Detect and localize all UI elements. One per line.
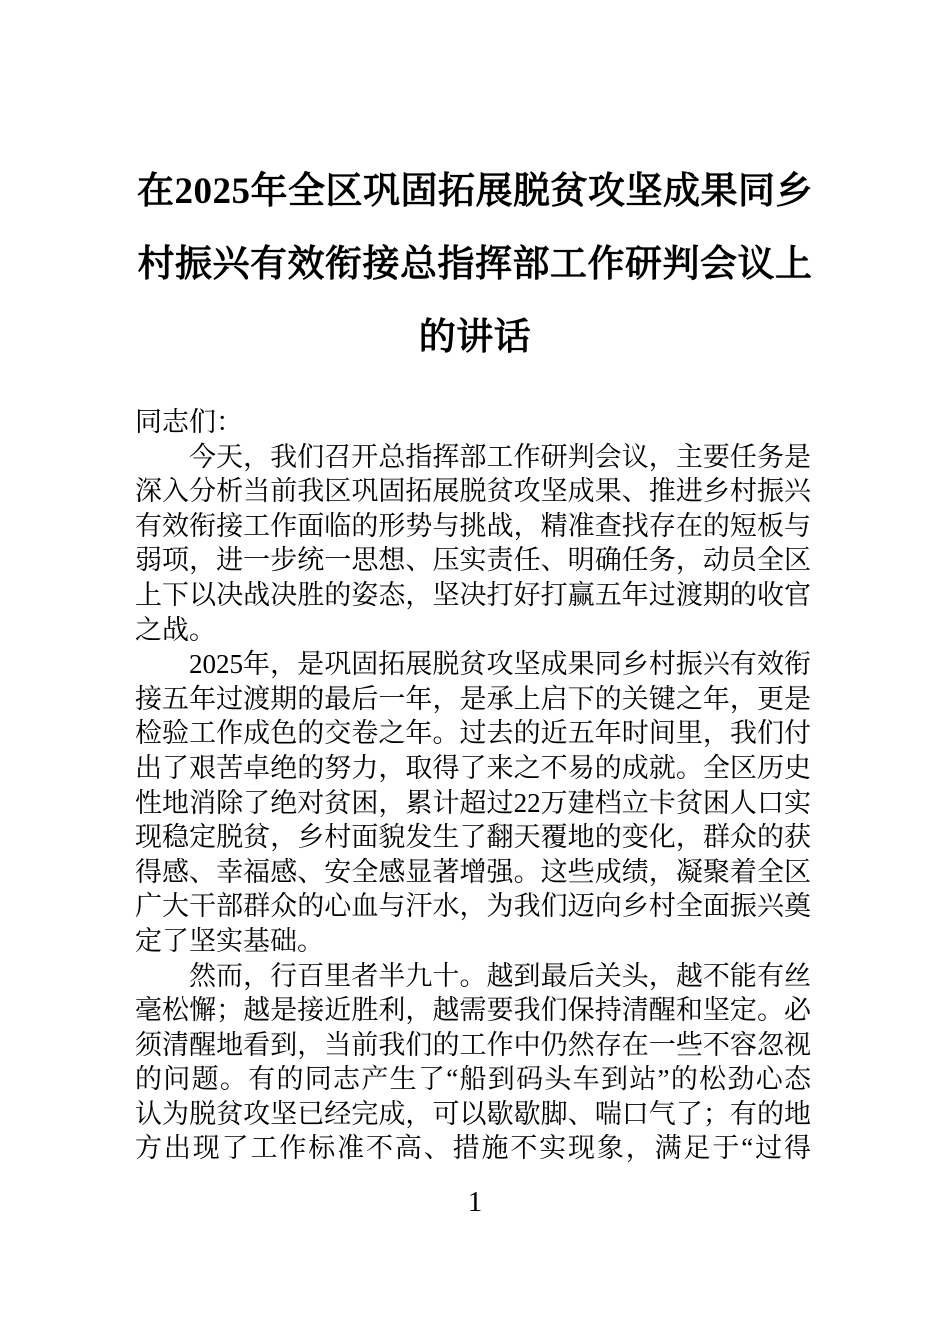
body-text-line: 认为脱贫攻坚已经完成，可以歇歇脚、喘口气了；有的地: [135, 1097, 811, 1132]
body-text-line: 之战。: [135, 613, 811, 648]
document-title-line: 村振兴有效衔接总指挥部工作研判会议上: [70, 228, 880, 301]
document-body: 同志们： 今天，我们召开总指挥部工作研判会议，主要任务是 深入分析当前我区巩固拓…: [135, 405, 811, 1166]
body-text-line: 出了艰苦卓绝的努力，取得了来之不易的成就。全区历史: [135, 751, 811, 786]
body-text-line: 须清醒地看到，当前我们的工作中仍然存在一些不容忽视: [135, 1028, 811, 1063]
body-text-line: 弱项，进一步统一思想、压实责任、明确任务，动员全区: [135, 543, 811, 578]
body-text-line: 毫松懈；越是接近胜利，越需要我们保持清醒和坚定。必: [135, 993, 811, 1028]
body-text-line: 的问题。有的同志产生了“船到码头车到站”的松劲心态: [135, 1062, 811, 1097]
document-page: 在2025年全区巩固拓展脱贫攻坚成果同乡 村振兴有效衔接总指挥部工作研判会议上 …: [0, 0, 950, 1344]
body-text-line: 性地消除了绝对贫困，累计超过22万建档立卡贫困人口实: [135, 786, 811, 821]
body-text-line: 得感、幸福感、安全感显著增强。这些成绩，凝聚着全区: [135, 855, 811, 890]
document-title-line: 在2025年全区巩固拓展脱贫攻坚成果同乡: [70, 155, 880, 228]
body-text-line: 2025年，是巩固拓展脱贫攻坚成果同乡村振兴有效衔: [135, 647, 811, 682]
body-text-line: 同志们：: [135, 405, 811, 440]
body-text-line: 现稳定脱贫，乡村面貌发生了翻天覆地的变化，群众的获: [135, 820, 811, 855]
body-text-line: 方出现了工作标准不高、措施不实现象，满足于“过得: [135, 1131, 811, 1166]
body-text-line: 上下以决战决胜的姿态，坚决打好打赢五年过渡期的收官: [135, 578, 811, 613]
body-text-line: 定了坚实基础。: [135, 924, 811, 959]
document-title: 在2025年全区巩固拓展脱贫攻坚成果同乡 村振兴有效衔接总指挥部工作研判会议上 …: [70, 155, 880, 374]
body-text-line: 有效衔接工作面临的形势与挑战，精准查找存在的短板与: [135, 509, 811, 544]
page-number: 1: [0, 1185, 950, 1219]
body-text-line: 检验工作成色的交卷之年。过去的近五年时间里，我们付: [135, 716, 811, 751]
body-text-line: 今天，我们召开总指挥部工作研判会议，主要任务是: [135, 440, 811, 475]
body-text-line: 接五年过渡期的最后一年，是承上启下的关键之年，更是: [135, 682, 811, 717]
body-text-line: 广大干部群众的心血与汗水，为我们迈向乡村全面振兴奠: [135, 889, 811, 924]
body-text-line: 深入分析当前我区巩固拓展脱贫攻坚成果、推进乡村振兴: [135, 474, 811, 509]
document-title-line: 的讲话: [70, 301, 880, 374]
body-text-line: 然而，行百里者半九十。越到最后关头，越不能有丝: [135, 959, 811, 994]
